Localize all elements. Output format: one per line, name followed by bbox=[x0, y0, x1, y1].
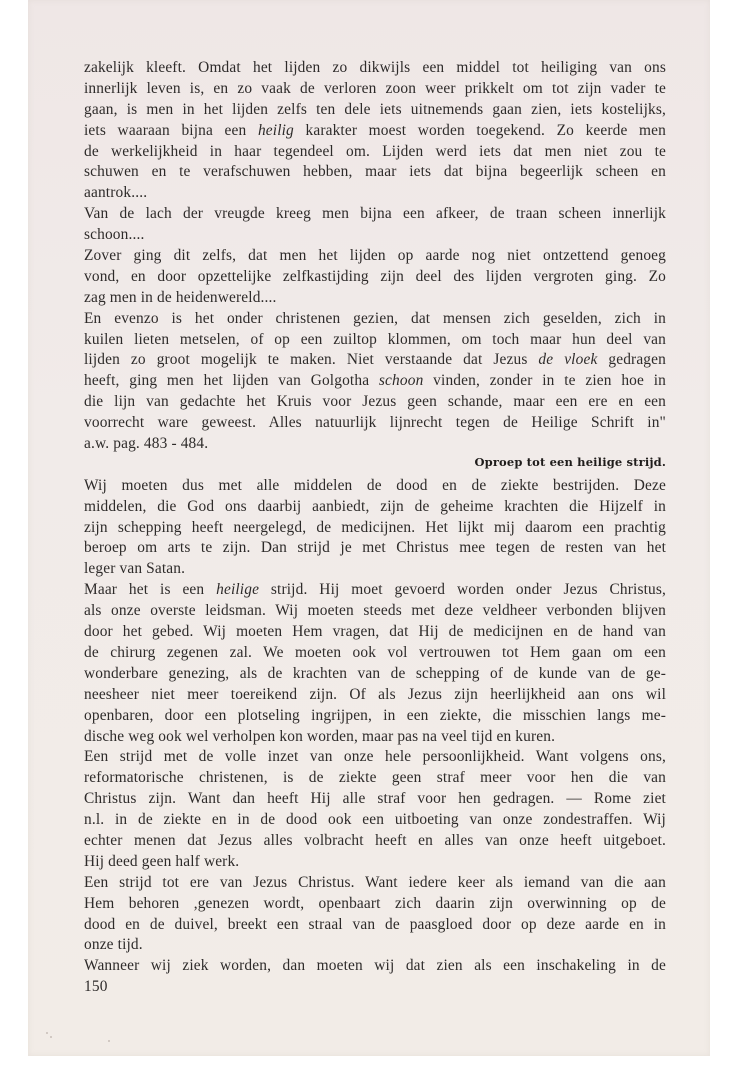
text-line: Maar het is een heilige strijd. Hij moet… bbox=[84, 580, 666, 601]
text-run: onze tijd. bbox=[84, 936, 143, 953]
text-line: voorrecht ware geweest. Alles natuurlijk… bbox=[84, 413, 666, 434]
paragraphs-before-heading: zakelijk kleeft. Omdat het lijden zo dik… bbox=[84, 58, 666, 455]
text-run: Hij deed geen half werk. bbox=[84, 853, 239, 870]
text-line: schuwen en te verafschuwen hebben, maar … bbox=[84, 162, 666, 183]
text-run: gedragen bbox=[597, 351, 666, 368]
text-line: leger van Satan. bbox=[84, 559, 666, 580]
text-run: dood en de duivel, breekt een straal van… bbox=[84, 916, 666, 933]
text-run: schuwen en te verafschuwen hebben, maar … bbox=[84, 163, 666, 180]
text-run: dische weg ook wel verholpen kon worden,… bbox=[84, 728, 555, 745]
text-line: zag men in de heidenwereld.... bbox=[84, 288, 666, 309]
text-line: n.l. in de ziekte en in de dood ook een … bbox=[84, 810, 666, 831]
text-line: dische weg ook wel verholpen kon worden,… bbox=[84, 727, 666, 748]
text-run: Maar het is een bbox=[84, 581, 216, 598]
text-line: onze tijd. bbox=[84, 935, 666, 956]
text-line: iets waaraan bijna een heilig karakter m… bbox=[84, 121, 666, 142]
text-line: schoon.... bbox=[84, 225, 666, 246]
text-line: Een strijd met de volle inzet van onze h… bbox=[84, 747, 666, 768]
text-run: aantrok.... bbox=[84, 184, 147, 201]
text-line: middelen, die God ons daarbij aanbiedt, … bbox=[84, 497, 666, 518]
text-run: gaan, is men in het lijden zelfs ten del… bbox=[84, 101, 666, 118]
text-line: echter menen dat Jezus alles volbracht h… bbox=[84, 831, 666, 852]
text-run: reformatorische christenen, is de ziekte… bbox=[84, 769, 666, 786]
text-line: heeft, ging men het lijden van Golgotha … bbox=[84, 371, 666, 392]
text-line: de chirurg zegenen zal. We moeten ook vo… bbox=[84, 643, 666, 664]
text-line: door het gebed. Wij moeten Hem vragen, d… bbox=[84, 622, 666, 643]
text-run: zakelijk kleeft. Omdat het lijden zo dik… bbox=[84, 59, 666, 76]
text-run: strijd. Hij moet gevoerd worden onder Je… bbox=[259, 581, 666, 598]
text-run: iets waaraan bijna een bbox=[84, 122, 258, 139]
text-run: Christus zijn. Want dan heeft Hij alle s… bbox=[84, 790, 666, 807]
text-run: Een strijd met de volle inzet van onze h… bbox=[84, 748, 666, 765]
italic-emphasis: de vloek bbox=[538, 351, 597, 368]
page-text: zakelijk kleeft. Omdat het lijden zo dik… bbox=[84, 58, 666, 998]
text-run: innerlijk leven is, en zo vaak de verlor… bbox=[84, 80, 666, 97]
text-run: Hem behoren ,genezen wordt, openbaart zi… bbox=[84, 895, 666, 912]
text-run: lijden zo groot mogelijk te maken. Niet … bbox=[84, 351, 538, 368]
text-run: de chirurg zegenen zal. We moeten ook vo… bbox=[84, 644, 666, 661]
text-run: leger van Satan. bbox=[84, 560, 185, 577]
text-run: n.l. in de ziekte en in de dood ook een … bbox=[84, 811, 666, 828]
text-run: zag men in de heidenwereld.... bbox=[84, 289, 277, 306]
text-line: Wij moeten dus met alle middelen de dood… bbox=[84, 476, 666, 497]
page-number: 150 bbox=[84, 977, 666, 998]
text-line: Van de lach der vreugde kreeg men bijna … bbox=[84, 204, 666, 225]
text-line: gaan, is men in het lijden zelfs ten del… bbox=[84, 100, 666, 121]
text-line: de werkelijkheid in haar tegendeel om. L… bbox=[84, 142, 666, 163]
text-run: kuilen lieten metselen, of op een zuilto… bbox=[84, 331, 666, 348]
text-line: vond, en door opzettelijke zelfkastijdin… bbox=[84, 267, 666, 288]
text-line: dood en de duivel, breekt een straal van… bbox=[84, 915, 666, 936]
text-line: Zover ging dit zelfs, dat men het lijden… bbox=[84, 246, 666, 267]
text-line: kuilen lieten metselen, of op een zuilto… bbox=[84, 330, 666, 351]
text-run: Wanneer wij ziek worden, dan moeten wij … bbox=[84, 957, 666, 974]
text-line: openbaren, door een plotseling ingrijpen… bbox=[84, 706, 666, 727]
text-line: zakelijk kleeft. Omdat het lijden zo dik… bbox=[84, 58, 666, 79]
text-run: als onze overste leidsman. Wij moeten st… bbox=[84, 602, 666, 619]
italic-emphasis: heilig bbox=[258, 122, 294, 139]
book-page: zakelijk kleeft. Omdat het lijden zo dik… bbox=[28, 0, 710, 1056]
text-line: neesheer niet meer toereikend zijn. Of a… bbox=[84, 685, 666, 706]
text-run: heeft, ging men het lijden van Golgotha bbox=[84, 372, 379, 389]
text-line: Christus zijn. Want dan heeft Hij alle s… bbox=[84, 789, 666, 810]
text-run: door het gebed. Wij moeten Hem vragen, d… bbox=[84, 623, 666, 640]
text-run: karakter moest worden toegekend. Zo keer… bbox=[294, 122, 666, 139]
paper-speck bbox=[108, 1040, 110, 1042]
text-run: Wij moeten dus met alle middelen de dood… bbox=[84, 477, 666, 494]
text-run: wonderbare genezing, als de krachten van… bbox=[84, 665, 666, 682]
text-run: voorrecht ware geweest. Alles natuurlijk… bbox=[84, 414, 666, 431]
text-run: En evenzo is het onder christenen gezien… bbox=[84, 310, 666, 327]
text-run: a.w. pag. 483 - 484. bbox=[84, 435, 208, 452]
text-line: lijden zo groot mogelijk te maken. Niet … bbox=[84, 350, 666, 371]
text-run: vinden, zonder in te zien hoe in bbox=[423, 372, 666, 389]
text-run: echter menen dat Jezus alles volbracht h… bbox=[84, 832, 666, 849]
text-line: beroep om arts te zijn. Dan strijd je me… bbox=[84, 538, 666, 559]
section-heading: Oproep tot een heilige strijd. bbox=[84, 452, 666, 473]
italic-emphasis: heilige bbox=[216, 581, 259, 598]
paper-speck bbox=[46, 1032, 48, 1034]
text-line: Hem behoren ,genezen wordt, openbaart zi… bbox=[84, 894, 666, 915]
text-line: als onze overste leidsman. Wij moeten st… bbox=[84, 601, 666, 622]
text-run: de werkelijkheid in haar tegendeel om. L… bbox=[84, 143, 666, 160]
text-run: openbaren, door een plotseling ingrijpen… bbox=[84, 707, 666, 724]
text-run: neesheer niet meer toereikend zijn. Of a… bbox=[84, 686, 666, 703]
text-line: Hij deed geen half werk. bbox=[84, 852, 666, 873]
text-line: aantrok.... bbox=[84, 183, 666, 204]
text-run: middelen, die God ons daarbij aanbiedt, … bbox=[84, 498, 666, 515]
text-line: innerlijk leven is, en zo vaak de verlor… bbox=[84, 79, 666, 100]
text-line: wonderbare genezing, als de krachten van… bbox=[84, 664, 666, 685]
text-line: die lijn van gedachte het Kruis voor Jez… bbox=[84, 392, 666, 413]
paragraphs-after-heading: Wij moeten dus met alle middelen de dood… bbox=[84, 476, 666, 977]
text-run: vond, en door opzettelijke zelfkastijdin… bbox=[84, 268, 666, 285]
paper-speck bbox=[50, 1036, 52, 1038]
text-run: schoon.... bbox=[84, 226, 145, 243]
text-line: En evenzo is het onder christenen gezien… bbox=[84, 309, 666, 330]
text-run: Zover ging dit zelfs, dat men het lijden… bbox=[84, 247, 666, 264]
text-line: Een strijd tot ere van Jezus Christus. W… bbox=[84, 873, 666, 894]
text-run: die lijn van gedachte het Kruis voor Jez… bbox=[84, 393, 666, 410]
text-run: zijn schepping heeft neergelegd, de medi… bbox=[84, 519, 666, 536]
text-run: Van de lach der vreugde kreeg men bijna … bbox=[84, 205, 666, 222]
text-run: beroep om arts te zijn. Dan strijd je me… bbox=[84, 539, 666, 556]
text-line: reformatorische christenen, is de ziekte… bbox=[84, 768, 666, 789]
text-run: Een strijd tot ere van Jezus Christus. W… bbox=[84, 874, 666, 891]
text-line: zijn schepping heeft neergelegd, de medi… bbox=[84, 518, 666, 539]
italic-emphasis: schoon bbox=[379, 372, 424, 389]
text-line: Wanneer wij ziek worden, dan moeten wij … bbox=[84, 956, 666, 977]
